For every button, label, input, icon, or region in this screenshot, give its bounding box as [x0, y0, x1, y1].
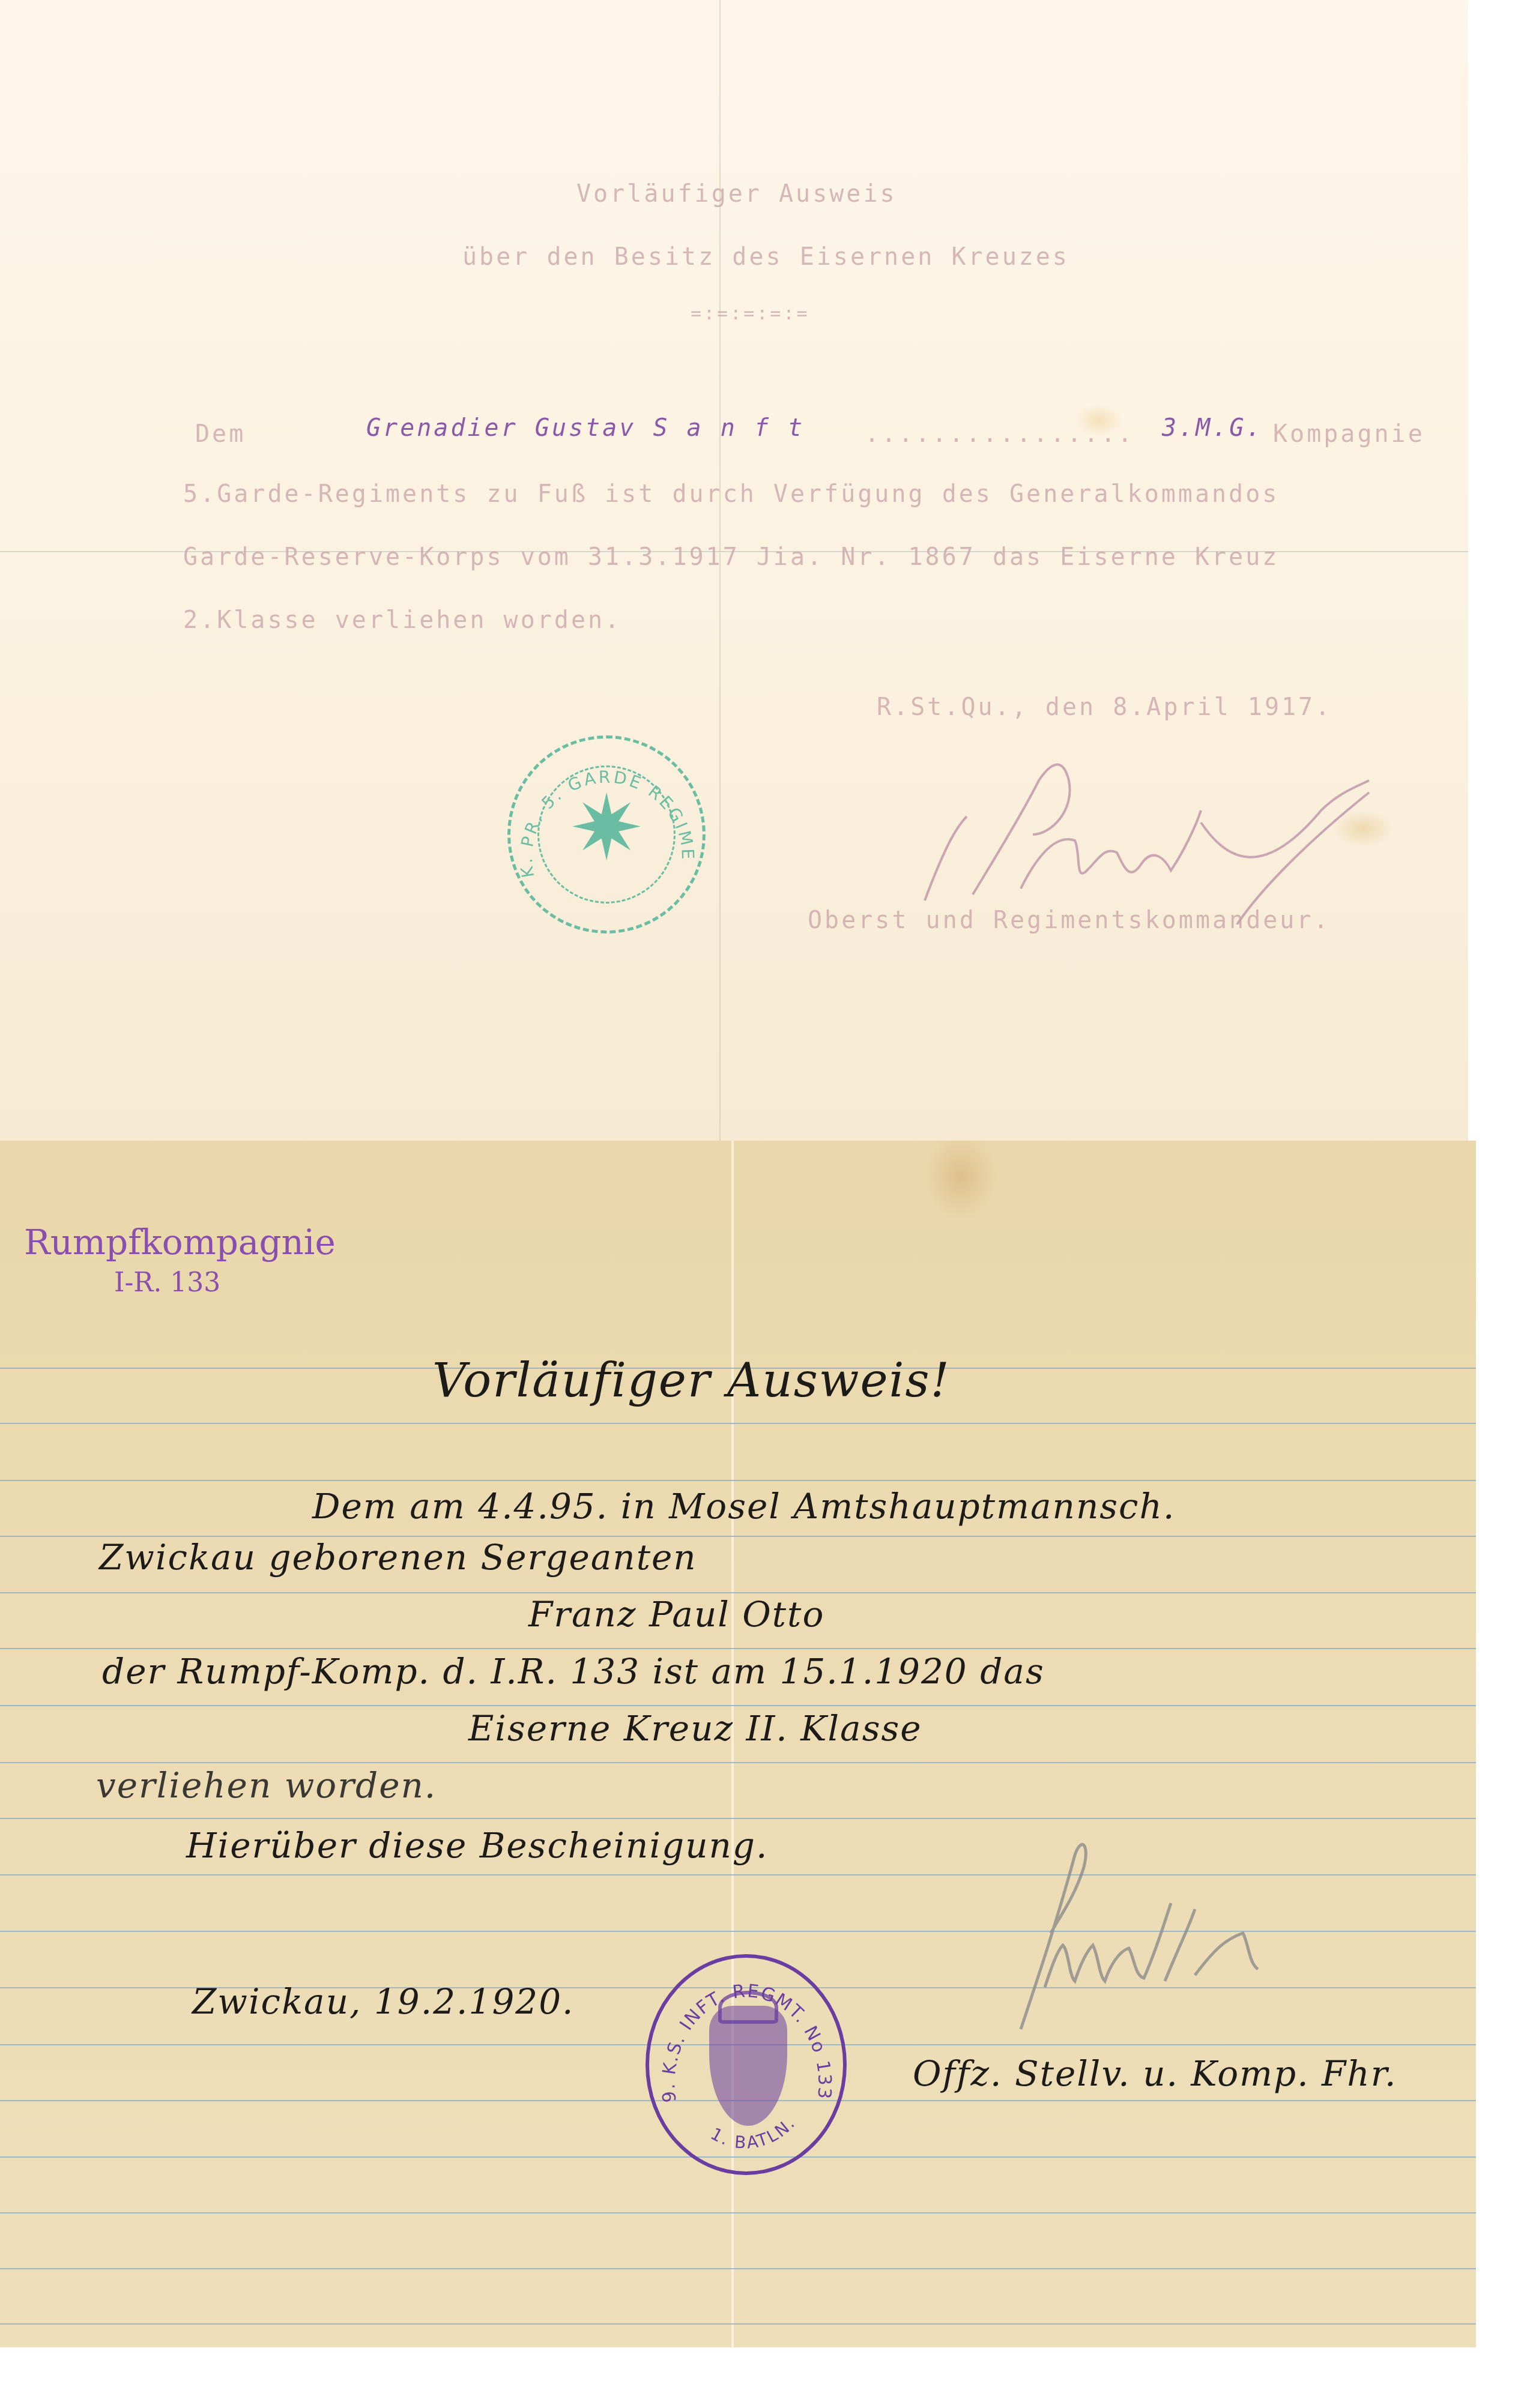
- place-date: R.St.Qu., den 8.April 1917.: [877, 693, 1332, 721]
- handwritten-line-5: Eiserne Kreuz II. Klasse: [468, 1708, 922, 1749]
- green-regiment-seal: K. PR. 5. GARDE REGIMENT ZU FUSS ✷: [507, 735, 706, 934]
- oval-regiment-stamp: 9. K.S. INFT. REGMT. No 133 1. BATLN.: [646, 1954, 847, 2175]
- line1-suffix: Kompagnie: [1273, 420, 1425, 448]
- handwritten-line-2: Zwickau geborenen Sergeanten: [99, 1537, 697, 1578]
- line1-prefix: Dem: [195, 420, 246, 448]
- body-line-2: 5.Garde-Regiments zu Fuß ist durch Verfü…: [183, 480, 1279, 508]
- recipient-dots: ................: [865, 420, 1134, 448]
- handwritten-line-1: Dem am 4.4.95. in Mosel Amtshauptmannsch…: [312, 1486, 1175, 1527]
- ruled-line: [0, 1818, 1476, 1819]
- stamp-line-2: I-R. 133: [114, 1267, 336, 1298]
- signature-mueller: [985, 1831, 1345, 2047]
- ruled-line: [0, 1592, 1476, 1593]
- unit-designation: 3.M.G.: [1162, 414, 1263, 442]
- ruled-line: [0, 2323, 1476, 2325]
- document-eisernes-kreuz-1917: Vorläufiger Ausweis über den Besitz des …: [0, 0, 1468, 1142]
- ruled-line: [0, 1648, 1476, 1649]
- handwritten-name-line: Franz Paul Otto: [528, 1594, 824, 1635]
- handwritten-line-7: Hierüber diese Bescheinigung.: [186, 1825, 768, 1866]
- handwritten-line-6: verliehen worden.: [96, 1765, 437, 1806]
- handwritten-line-4: der Rumpf-Komp. d. I.R. 133 ist am 15.1.…: [102, 1651, 1045, 1692]
- rumpfkompagnie-stamp: Rumpfkompagnie I-R. 133: [24, 1222, 336, 1298]
- body-line-4: 2.Klasse verliehen worden.: [183, 606, 621, 634]
- handwritten-place-date: Zwickau, 19.2.1920.: [192, 1981, 575, 2022]
- document-subtitle: über den Besitz des Eisernen Kreuzes: [462, 243, 1069, 271]
- ruled-line: [0, 2212, 1476, 2213]
- ruled-line: [0, 1423, 1476, 1424]
- guard-star-icon: ✷: [558, 780, 655, 877]
- title-separator: =:=:=:=:=: [691, 303, 810, 324]
- handwritten-signer-title: Offz. Stellv. u. Komp. Fhr.: [913, 2053, 1397, 2094]
- recipient-name: Grenadier Gustav S a n f t: [366, 414, 805, 442]
- signature-rudowitz: [901, 744, 1381, 925]
- stamp-line-1: Rumpfkompagnie: [24, 1222, 336, 1263]
- document-title: Vorläufiger Ausweis: [576, 180, 897, 208]
- handwritten-title: Vorläufiger Ausweis!: [432, 1354, 951, 1408]
- ruled-line: [0, 1480, 1476, 1481]
- body-line-3: Garde-Reserve-Korps vom 31.3.1917 Jia. N…: [183, 543, 1279, 571]
- ruled-line: [0, 2268, 1476, 2269]
- ruled-line: [0, 1705, 1476, 1706]
- ruled-line: [0, 1762, 1476, 1763]
- signer-title: Oberst und Regimentskommandeur.: [808, 907, 1331, 934]
